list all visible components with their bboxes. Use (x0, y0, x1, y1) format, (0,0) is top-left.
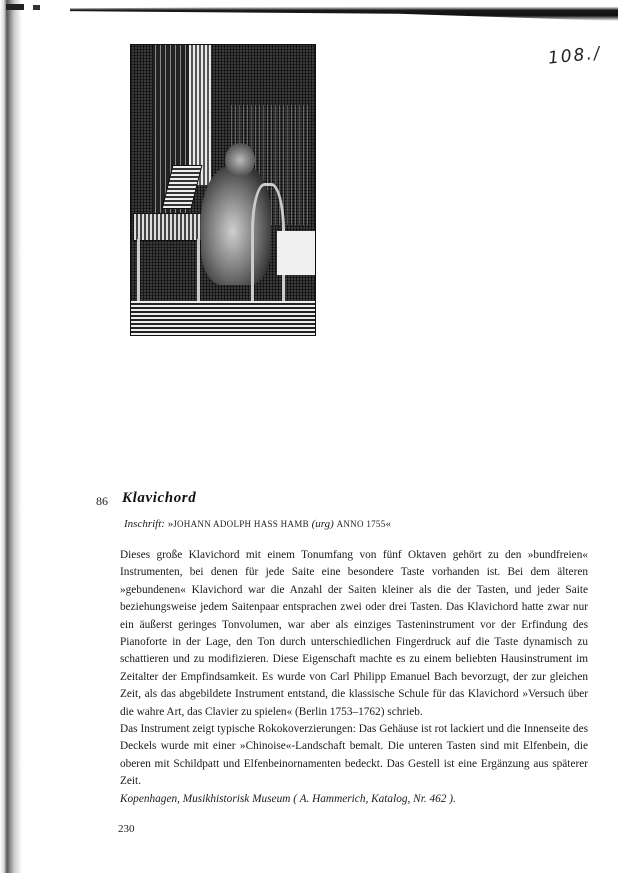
scan-artifact (6, 4, 24, 10)
inscription-quote-close: « (386, 518, 392, 530)
clavichord-drawing (133, 213, 205, 241)
window (189, 45, 211, 185)
inscription: Inschrift: »JOHANN ADOLPH HASS HAMB (urg… (124, 518, 391, 530)
floor-light (277, 231, 316, 275)
scan-artifact (33, 5, 40, 10)
catalog-number: 86 (96, 494, 108, 509)
paragraph: Das Instrument zeigt typische Rokokoverz… (120, 721, 588, 791)
source-citation: Kopenhagen, Musikhistorisk Museum ( A. H… (120, 791, 588, 808)
inscription-year: ANNO 1755 (337, 519, 386, 529)
page-number: 230 (118, 823, 135, 835)
inscription-label: Inschrift: (124, 518, 165, 530)
engraving-illustration (130, 44, 316, 336)
handwritten-annotation: 108./ (547, 43, 602, 68)
lady-head (225, 143, 255, 177)
body-text: Dieses große Klavichord mit einem Tonumf… (120, 547, 588, 808)
inscription-text: JOHANN ADOLPH HASS HAMB (173, 519, 309, 529)
table-leg (137, 239, 140, 309)
floorboards (131, 301, 315, 335)
entry-title: Klavichord (122, 490, 196, 507)
scan-top-edge (70, 3, 618, 21)
paragraph: Dieses große Klavichord mit einem Tonumf… (120, 547, 588, 721)
inscription-italic: (urg) (312, 518, 334, 530)
scan-edge-shadow (0, 0, 22, 873)
